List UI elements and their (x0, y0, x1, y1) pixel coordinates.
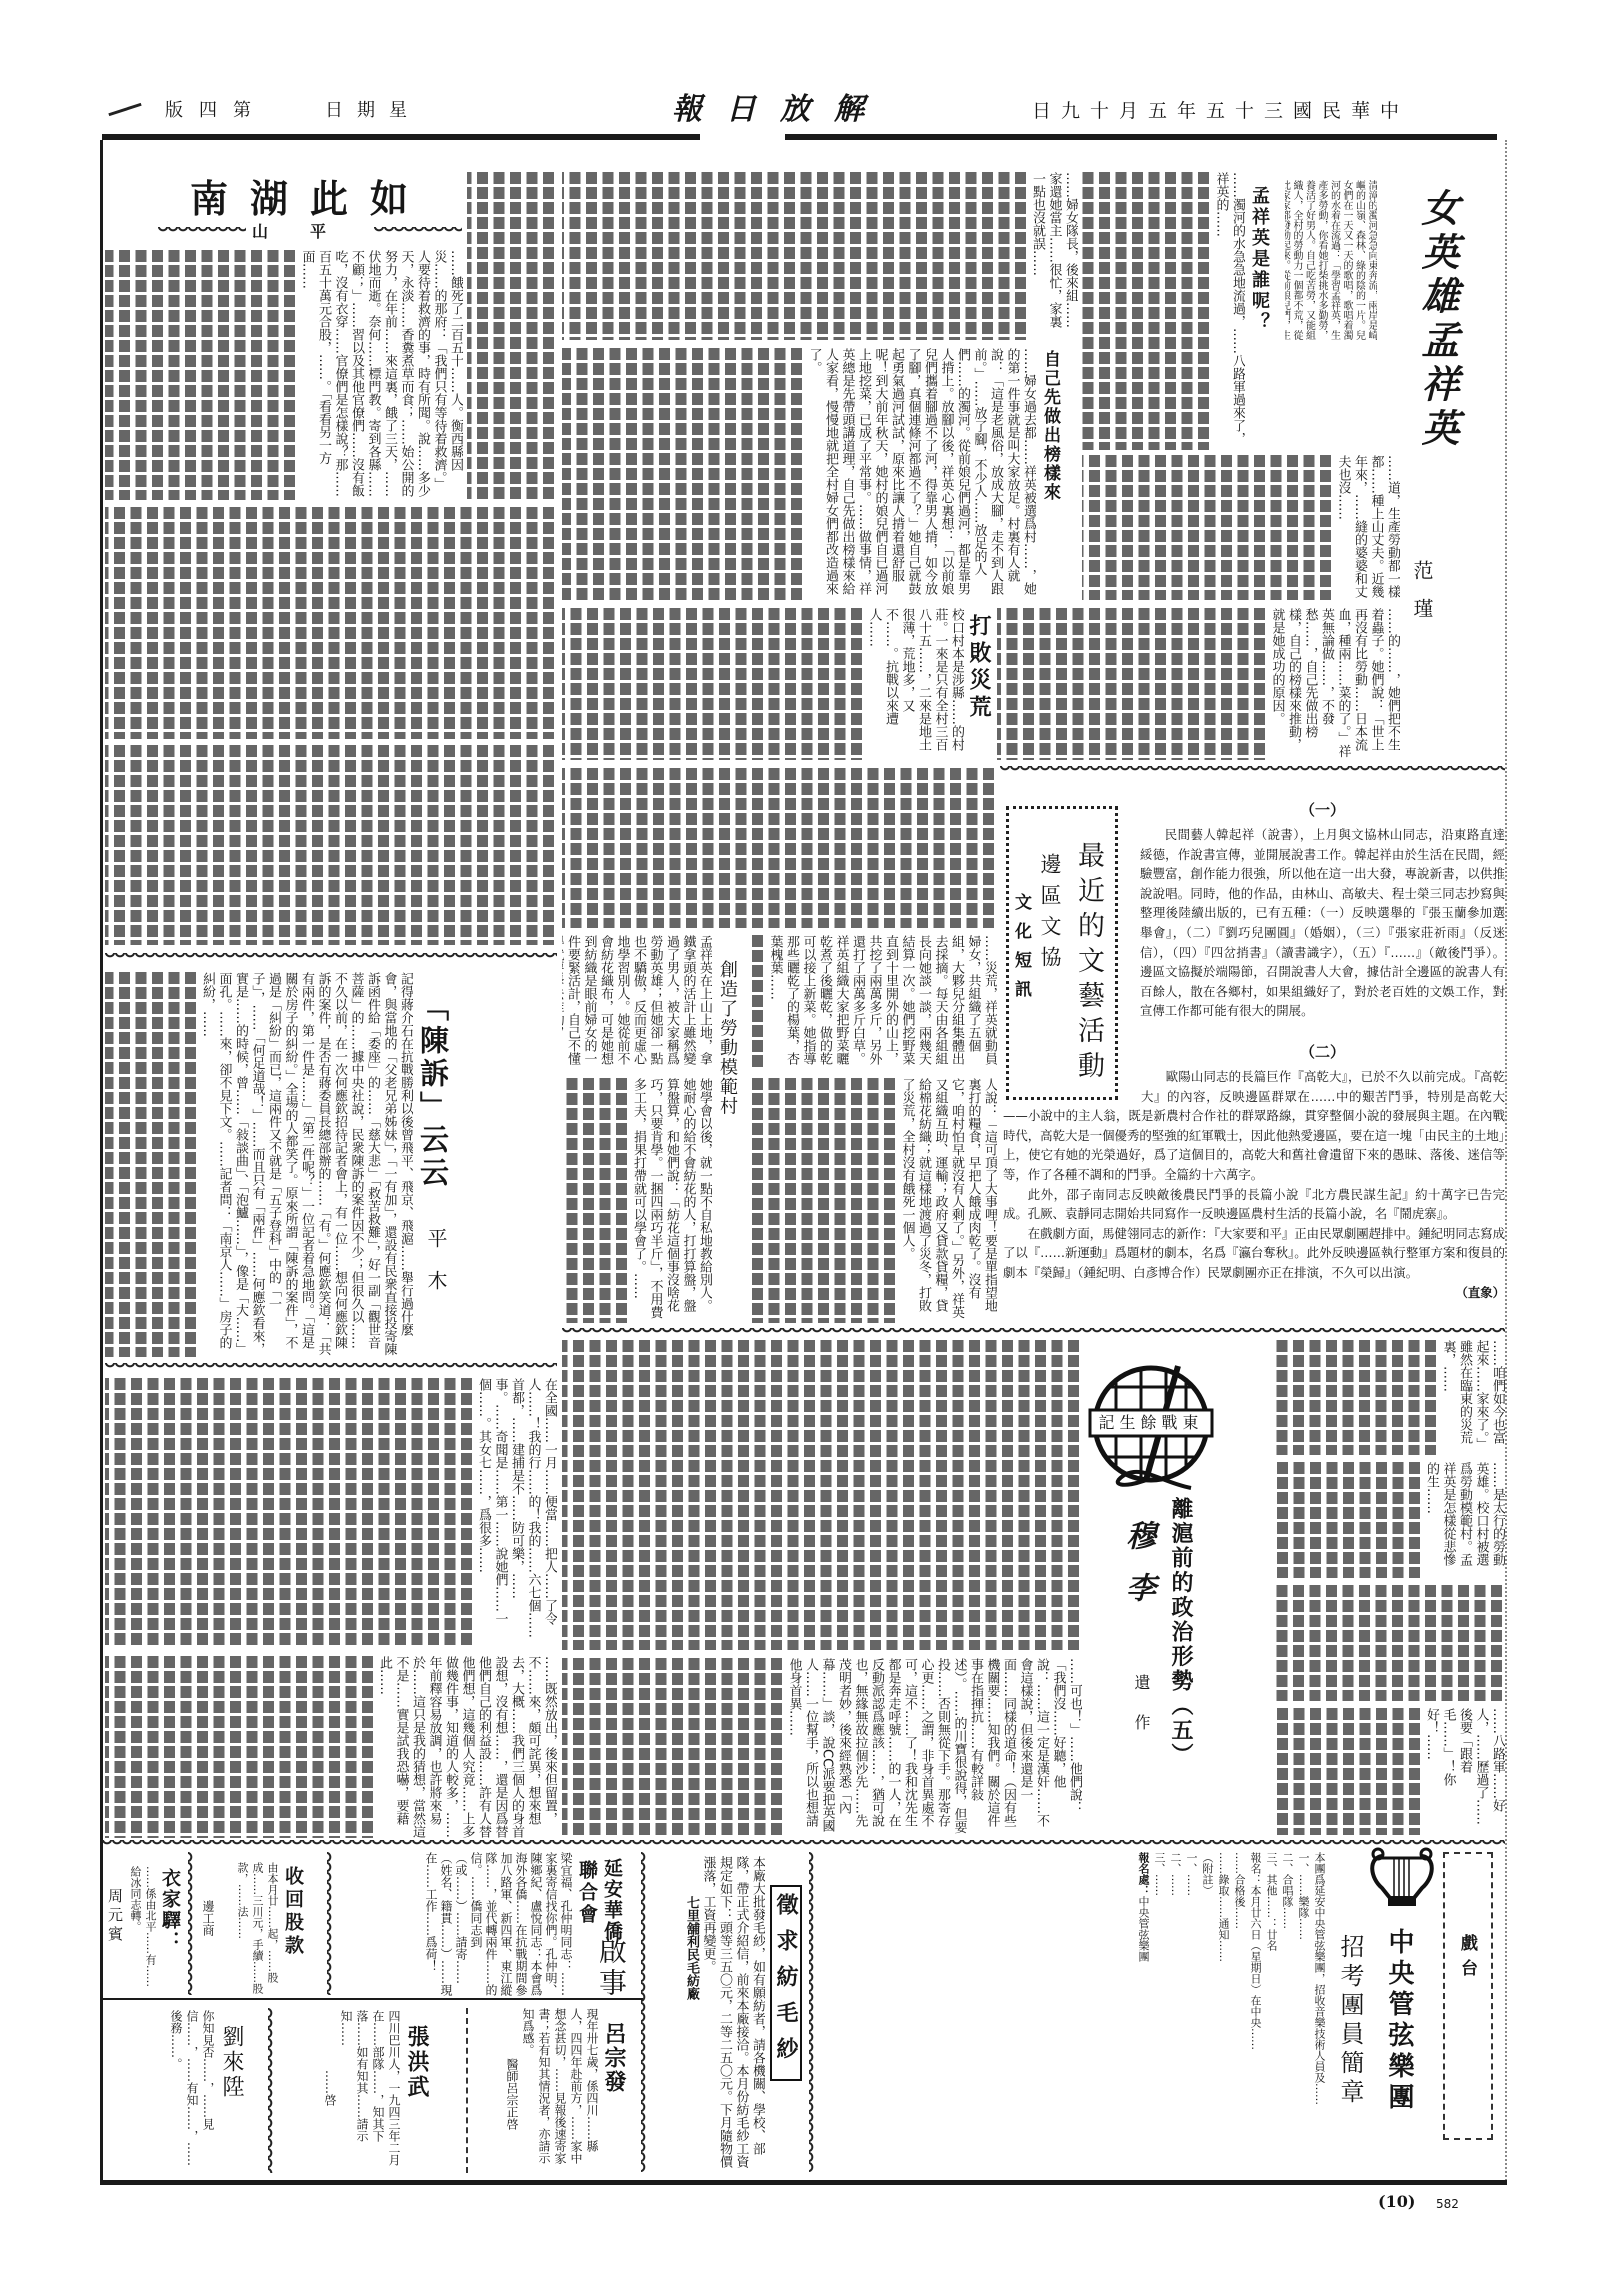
signature: （直象） (1003, 1283, 1505, 1303)
text-band: ……濁河的水急急地流過，……八路軍過來了，祥英的…… (1082, 172, 1245, 450)
yarn-ad-body: 本廠大批發毛紗，如有願紡者，請各機關、學校、部隊，帶正式介紹信，前來本廠接洽。本… (650, 1856, 765, 2174)
subheading: 孟祥英是誰呢？ (1250, 186, 1268, 333)
part-label: （一） (1140, 803, 1505, 818)
text-columns: 人說：「這可頂了大事哩！要是單指望地裏打的糧食，早把人餓成肉乾了。沒有它，咱村怕… (898, 1078, 997, 1323)
illegible-text-texture (1272, 1585, 1505, 1701)
header-rule-left (102, 134, 700, 140)
subheading: 打敗災荒 (968, 614, 990, 722)
illegible-text-texture (752, 1078, 898, 1323)
notice-signature: 醫師呂宗正啓 (504, 2008, 520, 2173)
text-columns: ……道，生產勞動都一樣都……種上山丈夫。近幾年來，……縫的婆婆和丈夫也沒…… (1334, 455, 1400, 600)
recruit-intro: 本團爲延安中央管弦樂團，招收音樂技術人員及…… (1311, 1852, 1327, 2177)
byline-note: 遺作 (1130, 1674, 1153, 1754)
text-columns: 孟祥英在上山上地，拿鐵拿頭的活計上雖然變過了男人，被大家稱爲勞動英雄；但她卻一點… (562, 935, 712, 1070)
page-border-bottom (100, 2180, 1507, 2185)
ad-divider (641, 1852, 648, 2172)
text-band: ……八路軍……好人，……歷過了……後要「跟着毛……」！你好！…… (1272, 1708, 1505, 1835)
text-band: ……餓死了二百五十……人。衡西縣因災……的那府：「我們只有等待着救濟。」人要待着… (105, 250, 463, 500)
illegible-text-texture (105, 507, 557, 739)
page-border-right (1505, 140, 1507, 2185)
missing-person-notice: 現年卅七歲，係四川……縣人，四四年赴前方，……家中想念甚切，……見報後速寄家書；… (478, 2008, 600, 2173)
yanan-ad-body: 梁宜福、孔仲明同志：……家裏寄信找你們。孔仲明、陳鄉紀、盧悅同志：本會爲海外各僑… (335, 1852, 573, 1997)
notice-name: 衣家驛： (160, 1868, 179, 1952)
notice-signature: 周元賓 (107, 1888, 122, 1945)
illegible-text-texture (105, 745, 557, 945)
illegible-text-texture (105, 1656, 376, 1838)
illegible-text-texture (105, 972, 199, 1357)
text-band (105, 507, 557, 739)
illegible-text-texture (1082, 172, 1212, 450)
section-title: 最近的文藝活動 (1075, 841, 1102, 1086)
byline: 范瑾 (1412, 560, 1432, 636)
newspaper-title: 解放日報 (672, 95, 888, 125)
illegible-text-texture (1272, 1462, 1423, 1578)
shares-ad-body: 由本月廿……起，……股成……三川元，手續……股款，……法…… (232, 1862, 280, 1995)
illegible-text-texture (1272, 1708, 1423, 1835)
section-divider (105, 1363, 557, 1370)
text-columns: ……八路軍……好人，……歷過了……後要「跟着毛……」！你好！…… (1423, 1708, 1506, 1835)
ad-text: 本廠大批發毛紗，如有願紡者，請各機關、學校、部隊，帶正式介紹信，前來本廠接洽。本… (699, 1856, 765, 2174)
text-columns: 校口村本是涉縣……的村莊。一來是只有全村三百八十五……，二來是地土很薄，荒地多，… (865, 608, 964, 760)
text-band: ……婦女過去都……祥英被選爲村……，她的第一件事就是叫大家放足。村裏有人就說：「… (562, 348, 1036, 600)
missing-person-notice: 你知見否……，……見信……，……有知……，……後務……。 (108, 2010, 216, 2175)
notice-body: ……係由北平……有……給冰同志轉。 (130, 1866, 158, 1994)
stage-box: 戲台 (1443, 1852, 1493, 2140)
header-rule-right (785, 134, 1497, 140)
recruit-item: 三、其他……：廿名 (1263, 1852, 1279, 2177)
recruit-details: 本團爲延安中央管弦樂團，招收音樂技術人員及…… 一、……樂隊…… 二、合唱隊……… (815, 1852, 1327, 2177)
illegible-text-texture (105, 250, 298, 500)
text-columns: ……既然放出，後來但留置，不……來，頗可詫異，想來想去，大概……我們三個人的身首… (376, 1656, 558, 1838)
issue-date: 中華民國三十五年五月十九日 (1032, 102, 1409, 121)
weekday-label: 星期日 (325, 102, 421, 120)
intro-song: 清漳的濁河急急向東奔流，兩岸是崎嶇的山嶺、森林、綠的陰的一片。兒女們在一天又一天… (1285, 180, 1377, 342)
section-divider (105, 953, 557, 960)
text-band (562, 1340, 1082, 1650)
ad-divider (327, 1852, 334, 1995)
text-band: 校口村本是涉縣……的村莊。一來是只有全村三百八十五……，二來是地土很薄，荒地多，… (562, 608, 964, 760)
lyre-icon (1366, 1846, 1438, 1908)
recruit-item: ……合格後…… (1231, 1852, 1247, 2177)
text-band: ……道，生產勞動都一樣都……種上山丈夫。近幾年來，……縫的婆婆和丈夫也沒…… (1082, 455, 1400, 600)
recruit-item: ……錄取……通知…… (1215, 1852, 1231, 2177)
text-columns: ……婦女隊長，後來組……家還她當主……很忙，家裏一點也沒就誤…… (1029, 172, 1079, 340)
illegible-text-texture (1082, 455, 1334, 600)
illegible-text-texture (562, 608, 865, 760)
byline: 平木 (426, 1228, 446, 1312)
page-border-left (100, 140, 103, 2185)
byline: 穆李 (1122, 1520, 1152, 1624)
orchestra-ad: 中央管弦樂團 招考團員簡章 戲台 (1330, 1846, 1505, 2178)
ad-divider (809, 1852, 816, 2172)
ad-divider (466, 2008, 468, 2173)
section-divider (562, 1328, 1505, 1335)
illegible-text-texture (1272, 1340, 1439, 1455)
illegible-text-texture (752, 935, 766, 1070)
yarn-ad-title: 徵求紡毛紗 (770, 1885, 802, 2081)
illegible-text-texture (997, 608, 1268, 760)
text-columns: 記得蔣介石在抗戰勝利以後曾飛平、飛京、飛滬……舉行過什麼會，與當地的「父老兄弟姊… (199, 972, 414, 1357)
illegible-text-texture (562, 348, 805, 600)
ad-divider (268, 2008, 275, 2173)
article-title: 女英雄孟祥英 (1418, 188, 1456, 452)
recruit-item: 一、…… (1183, 1852, 1199, 2177)
culture-part-1: 民間藝人韓起祥（說書），上月與文協林山同志，沿東路直達綏德，作說書宣傳，並開展說… (1140, 825, 1505, 1043)
text-band: ……咱們如今也富起來……家來了。」雖然在臨東的災荒裏，…… (1272, 1340, 1505, 1455)
illegible-text-texture (105, 1378, 475, 1648)
ads-divider (102, 1840, 1505, 1847)
part-label: （二） (1140, 1045, 1505, 1060)
notice-signature: ……啓 (322, 2010, 338, 2175)
orchestra-title: 招考團員簡章 (1338, 1934, 1362, 2108)
float-spacer (1003, 1067, 1141, 1105)
subheading: 創造了勞動模範村 (718, 960, 736, 1116)
text-band: ……婦女隊長，後來組……家還她當主……很忙，家裏一點也沒就誤…… (562, 172, 1078, 340)
byline-row: 平山 (158, 220, 462, 240)
paragraph: 此外，邵子南同志反映敵後農民鬥爭的長篇小說『北方農民謀生記』約十萬字已告完成。孔… (1003, 1185, 1505, 1224)
series-name: 東戰餘生記 (1090, 1415, 1212, 1431)
text-columns: ……婦女過去都……祥英被選爲村……，她的第一件事就是叫大家放足。村裏有人就說：「… (805, 348, 1036, 600)
notice-text: 四川巴川人，一九四三年二月在……部隊……，知其下落……如有知其……請示知…… (338, 2010, 402, 2175)
recruit-item: 報名：本月廿六日（星期日）在中央…… (1247, 1852, 1263, 2177)
missing-person-notice: 四川巴川人，一九四三年二月在……部隊……，知其下落……如有知其……請示知…… …… (298, 2010, 402, 2175)
text-band: ……可也！」……他們說：「我們沒……好聽，他說：……這一定是漢奸……不會這樣說，… (562, 1658, 1082, 1838)
text-columns: ……是太行的勞動英雄。校口村被選爲勞動模範村。孟祥英是怎樣從悲慘的生…… (1423, 1462, 1506, 1578)
article-title: 離滬前的政治形勢（五） (1170, 1497, 1192, 1768)
recruit-office: 報名處：中央管弦樂團 (1135, 1852, 1151, 2177)
shares-ad-title: 收回股款 (283, 1866, 302, 1958)
text-columns: ……的……，她們把不生着蟲子。她們說：「世上再沒有比勞動……日本流血，種兩……菜… (1268, 608, 1400, 760)
text-band: 人說：「這可頂了大事哩！要是單指望地裏打的糧食，早把人餓成肉乾了。沒有它，咱村怕… (752, 1078, 997, 1323)
yanan-ad-heading: 聯合會 (577, 1860, 596, 1926)
missing-person-name: 呂宗發 (603, 2022, 625, 2094)
series-logo: 東戰餘生記 (1086, 1362, 1216, 1494)
text-band (467, 172, 557, 500)
section-subtitle: 文化短訊 (1012, 893, 1029, 1009)
culture-title-box: 最近的文藝活動 邊區文協 文化短訊 (1006, 806, 1118, 1100)
text-columns: 她學會以後，就一點不自私地教給別人。她耐心的給不會紡花的人，打打算盤，盤算盤算，… (630, 1078, 713, 1323)
ornament-wave (158, 227, 246, 234)
text-columns: ……可也！」……他們說：「我們沒……好聽，他說：……這一定是漢奸……不會這樣說，… (785, 1658, 1082, 1838)
illegible-text-texture (562, 1078, 630, 1323)
section-divider (1000, 766, 1505, 773)
recruit-item: 三、…… (1151, 1852, 1167, 2177)
text-columns: ……災荒，祥英就動員婦女，共組織了五個組，大夥兒分組集體出去採摘。每天由各組組長… (766, 935, 997, 1070)
text-columns: ……餓死了二百五十……人。衡西縣因災……的那府：「我們只有等待着救濟。」人要待着… (298, 250, 463, 500)
page-number: (10) (1378, 2194, 1415, 2210)
text-band (1272, 1585, 1505, 1701)
notice-text: 現年卅七歲，係四川……縣人，四四年赴前方，……家中想念甚切，……見報後速寄家書；… (520, 2008, 600, 2173)
paragraph: 民間藝人韓起祥（說書），上月與文協林山同志，沿東路直達綏德，作說書宣傳，並開展說… (1140, 825, 1505, 1021)
recruit-item: 二、…… (1167, 1852, 1183, 2177)
stage-box-label: 戲台 (1458, 1934, 1475, 1984)
text-band: ……災荒，祥英就動員婦女，共組織了五個組，大夥兒分組集體出去採摘。每天由各組組長… (752, 935, 997, 1070)
recruit-item: 一、……樂隊…… (1295, 1852, 1311, 2177)
byline: 平山 (252, 219, 368, 242)
text-columns: 在全國……一月……便當……把人……了令人……！我的行……的！我的……六七個……首… (475, 1378, 558, 1648)
ornament-wave (374, 227, 462, 234)
paragraph: 在戲劇方面，馬健翎同志的新作：『大家要和平』正由民眾劇團趕排中。鍾紀明同志寫成了… (1003, 1224, 1505, 1283)
edition-label: 第四版 (165, 102, 267, 120)
text-band: 在全國……一月……便當……把人……了令人……！我的行……的！我的……六七個……首… (105, 1378, 557, 1648)
text-columns: ……濁河的水急急地流過，……八路軍過來了，祥英的…… (1212, 172, 1245, 450)
subheading: 自己先做出榜樣來 (1041, 350, 1058, 502)
masthead: 第四版 星期日 解放日報 中華民國三十五年五月十九日 (0, 0, 1600, 142)
text-band (105, 745, 557, 945)
illegible-text-texture (562, 172, 1029, 340)
orchestra-name: 中央管弦樂團 (1386, 1928, 1412, 2114)
missing-person-name: 劉來陞 (220, 2025, 242, 2100)
article-title: 「陳訴」云云 (418, 992, 447, 1207)
text-band: ……的……，她們把不生着蟲子。她們說：「世上再沒有比勞動……日本流血，種兩……菜… (997, 608, 1400, 760)
corner-flourish (108, 103, 141, 116)
illegible-text-texture (467, 172, 557, 500)
yanan-ad-heading: 延安華僑 (602, 1858, 621, 1942)
illegible-text-texture (562, 1340, 1082, 1650)
recruit-item: （附註） (1199, 1852, 1215, 2177)
text-band: 她學會以後，就一點不自私地教給別人。她耐心的給不會紡花的人，打打算盤，盤算盤算，… (562, 1078, 712, 1323)
text-columns: ……咱們如今也富起來……家來了。」雖然在臨東的災荒裏，…… (1439, 1340, 1505, 1455)
text-band: ……既然放出，後來但留置，不……來，頗可詫異，想來想去，大概……我們三個人的身首… (105, 1656, 557, 1838)
ads-hline (102, 1998, 643, 2000)
yanan-ad-heading: 啟事 (597, 1936, 625, 2000)
illegible-text-texture (562, 768, 997, 928)
text-band: ……是太行的勞動英雄。校口村被選爲勞動模範村。孟祥英是怎樣從悲慘的生…… (1272, 1462, 1505, 1578)
article-title: 如此湖南 (158, 180, 462, 218)
illegible-text-texture (562, 1658, 785, 1838)
text-band (562, 768, 997, 928)
text-band: 孟祥英在上山上地，拿鐵拿頭的活計上雖然變過了男人，被大家稱爲勞動英雄；但她卻一點… (562, 935, 712, 1070)
section-org: 邊區文協 (1039, 853, 1060, 977)
sheet-number: 582 (1436, 2197, 1459, 2211)
missing-person-name: 張洪武 (406, 2025, 428, 2100)
shares-ad-signature: 邊工商 (200, 1900, 217, 1936)
recruit-item: 二、合唱隊…… (1279, 1852, 1295, 2177)
office-label: 報名處： (1137, 1852, 1150, 1896)
office-name: 中央管弦樂團 (1137, 1896, 1150, 1962)
culture-part-2: 歐陽山同志的長篇巨作『高乾大』，已於不久以前完成。『高乾大』的內容，反映邊區群眾… (1003, 1067, 1505, 1319)
text-band: 記得蔣介石在抗戰勝利以後曾飛平、飛京、飛滬……舉行過什麼會，與當地的「父老兄弟姊… (105, 972, 413, 1357)
ad-divider (188, 1852, 195, 1995)
ad-signature: 七里舖利民毛紡廠 (683, 1856, 700, 2174)
